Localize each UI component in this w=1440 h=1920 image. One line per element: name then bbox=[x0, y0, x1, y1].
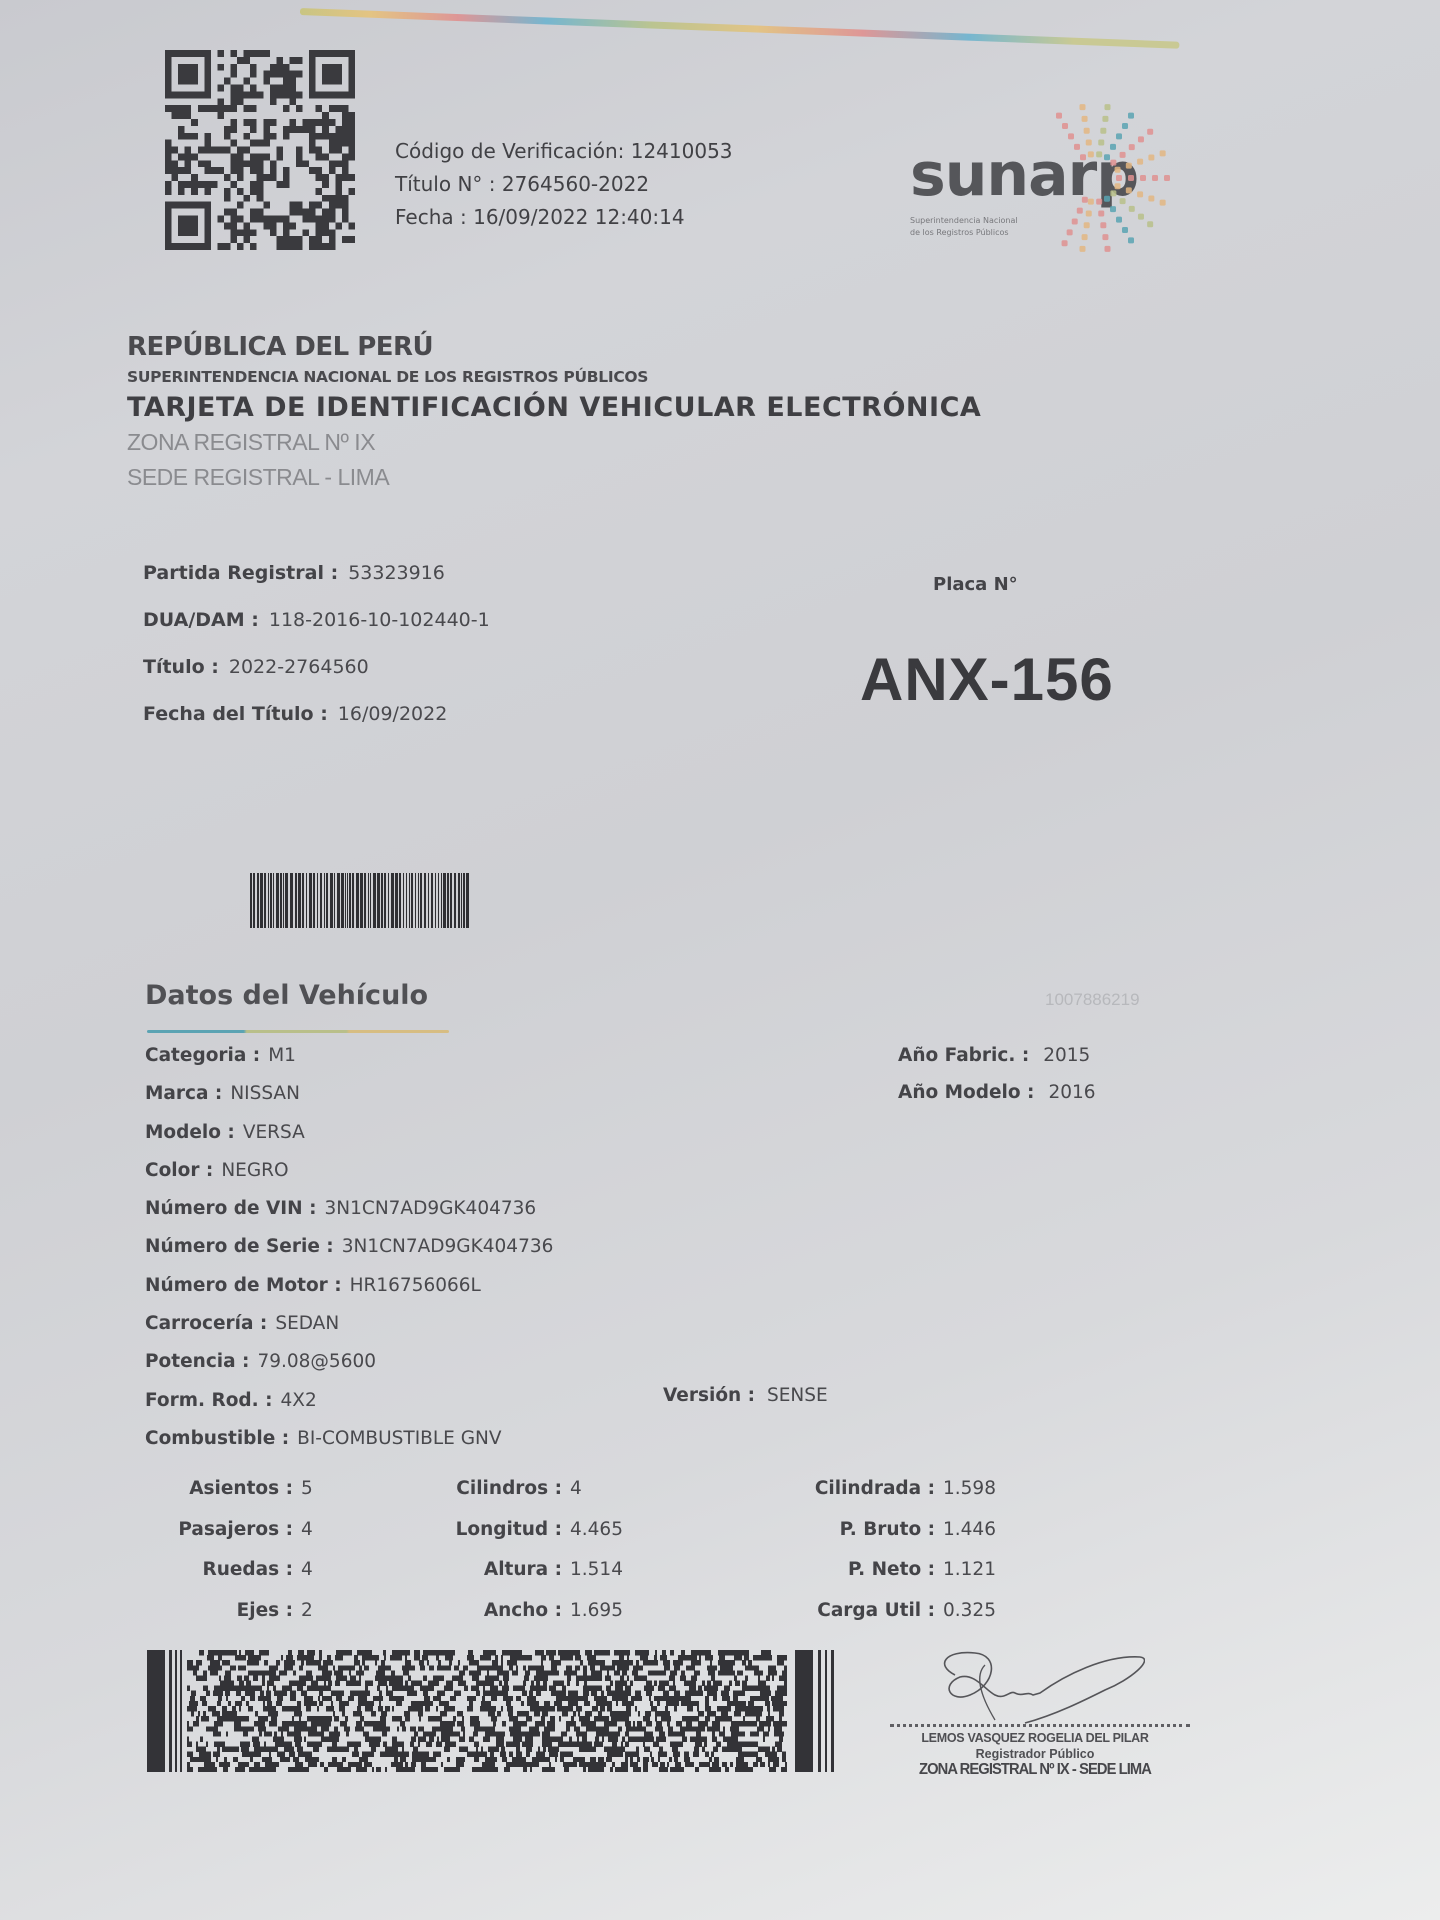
vehicle-year-label: Año Modelo : bbox=[898, 1082, 1034, 1103]
vehicle-years: Año Fabric. :2015Año Modelo :2016 bbox=[898, 1045, 1096, 1119]
vehicle-field-row: Color :NEGRO bbox=[145, 1160, 553, 1198]
vehicle-field-label: Modelo : bbox=[145, 1122, 235, 1143]
registration-field-value: 16/09/2022 bbox=[338, 703, 448, 725]
plate-label: Placa N° bbox=[933, 574, 1018, 595]
registration-field-row: Título :2022-2764560 bbox=[143, 656, 490, 703]
spec-row: Longitud :4.465 bbox=[420, 1519, 623, 1560]
spec-label: Ruedas : bbox=[133, 1559, 293, 1580]
spec-label: Carga Util : bbox=[780, 1600, 935, 1621]
vehicle-field-label: Número de VIN : bbox=[145, 1198, 317, 1219]
specs-column-2: Cilindros :4Longitud :4.465Altura :1.514… bbox=[420, 1478, 623, 1640]
linear-barcode bbox=[250, 873, 470, 928]
title-number-row: Título N° : 2764560-2022 bbox=[395, 168, 733, 201]
vehicle-year-row: Año Modelo :2016 bbox=[898, 1082, 1096, 1119]
registration-field-value: 2022-2764560 bbox=[229, 656, 369, 678]
spec-row: Ruedas :4 bbox=[133, 1559, 313, 1600]
agency-name: SUPERINTENDENCIA NACIONAL DE LOS REGISTR… bbox=[127, 368, 981, 386]
spec-value: 0.325 bbox=[943, 1600, 996, 1621]
vehicle-field-row: Categoria :M1 bbox=[145, 1045, 553, 1083]
vehicle-field-label: Combustible : bbox=[145, 1428, 289, 1449]
spec-row: P. Bruto :1.446 bbox=[780, 1519, 996, 1560]
vehicle-field-row: Modelo :VERSA bbox=[145, 1122, 553, 1160]
verification-info: Código de Verificación: 12410053 Título … bbox=[395, 135, 733, 234]
vehicle-field-label: Carrocería : bbox=[145, 1313, 267, 1334]
specs-column-3: Cilindrada :1.598P. Bruto :1.446P. Neto … bbox=[780, 1478, 996, 1640]
issue-date-row: Fecha : 16/09/2022 12:40:14 bbox=[395, 201, 733, 234]
version-label: Versión : bbox=[663, 1385, 755, 1406]
version-value: SENSE bbox=[767, 1385, 828, 1406]
spec-label: Ejes : bbox=[133, 1600, 293, 1621]
vehicle-field-value: 3N1CN7AD9GK404736 bbox=[342, 1236, 554, 1257]
verification-code-row: Código de Verificación: 12410053 bbox=[395, 135, 733, 168]
verification-code-value: 12410053 bbox=[631, 139, 733, 163]
section-underline bbox=[147, 1030, 449, 1033]
registration-field-label: Fecha del Título : bbox=[143, 703, 328, 725]
vehicle-field-label: Número de Serie : bbox=[145, 1236, 334, 1257]
vehicle-field-row: Form. Rod. :4X2 bbox=[145, 1390, 553, 1428]
vehicle-field-value: 79.08@5600 bbox=[257, 1351, 376, 1372]
document-id: 1007886219 bbox=[1045, 990, 1140, 1010]
specs-column-1: Asientos :5Pasajeros :4Ruedas :4Ejes :2 bbox=[133, 1478, 313, 1640]
logo-burst-icon bbox=[1055, 90, 1195, 260]
spec-value: 1.446 bbox=[943, 1519, 996, 1540]
registration-field-row: Fecha del Título :16/09/2022 bbox=[143, 703, 490, 750]
spec-value: 4 bbox=[301, 1519, 313, 1540]
vehicle-field-value: BI-COMBUSTIBLE GNV bbox=[297, 1428, 501, 1449]
spec-value: 4.465 bbox=[570, 1519, 623, 1540]
registrar-role: Registrador Público bbox=[885, 1747, 1185, 1761]
vehicle-field-value: NEGRO bbox=[221, 1160, 288, 1181]
vehicle-field-value: VERSA bbox=[243, 1122, 305, 1143]
vehicle-field-label: Categoria : bbox=[145, 1045, 260, 1066]
spec-row: Ejes :2 bbox=[133, 1600, 313, 1641]
registrar-zone: ZONA REGISTRAL Nº IX - SEDE LIMA bbox=[897, 1761, 1173, 1779]
registrar-name: LEMOS VASQUEZ ROGELIA DEL PILAR bbox=[885, 1731, 1185, 1745]
registration-field-value: 118-2016-10-102440-1 bbox=[269, 609, 490, 631]
vehicle-year-value: 2015 bbox=[1043, 1045, 1090, 1066]
registration-field-label: Partida Registral : bbox=[143, 562, 338, 584]
vehicle-field-row: Combustible :BI-COMBUSTIBLE GNV bbox=[145, 1428, 553, 1466]
spec-row: Cilindrada :1.598 bbox=[780, 1478, 996, 1519]
spec-label: P. Bruto : bbox=[780, 1519, 935, 1540]
issue-date-value: 16/09/2022 12:40:14 bbox=[473, 205, 684, 229]
qr-code bbox=[165, 50, 355, 250]
spec-value: 4 bbox=[301, 1559, 313, 1580]
spec-value: 1.695 bbox=[570, 1600, 623, 1621]
registration-field-row: DUA/DAM :118-2016-10-102440-1 bbox=[143, 609, 490, 656]
spec-label: Altura : bbox=[420, 1559, 562, 1580]
vehicle-field-row: Número de Serie :3N1CN7AD9GK404736 bbox=[145, 1236, 553, 1274]
vehicle-field-row: Carrocería :SEDAN bbox=[145, 1313, 553, 1351]
vehicle-field-label: Número de Motor : bbox=[145, 1275, 342, 1296]
spec-label: Ancho : bbox=[420, 1600, 562, 1621]
vehicle-section-title: Datos del Vehículo bbox=[145, 980, 428, 1011]
vehicle-field-label: Marca : bbox=[145, 1083, 222, 1104]
logo-subtitle-line1: Superintendencia Nacional bbox=[910, 215, 1060, 227]
vehicle-field-label: Form. Rod. : bbox=[145, 1390, 273, 1411]
spec-row: Asientos :5 bbox=[133, 1478, 313, 1519]
spec-label: Cilindros : bbox=[420, 1478, 562, 1499]
spec-value: 5 bbox=[301, 1478, 313, 1499]
version-row: Versión : SENSE bbox=[663, 1385, 828, 1406]
spec-label: Pasajeros : bbox=[133, 1519, 293, 1540]
document-title: TARJETA DE IDENTIFICACIÓN VEHICULAR ELEC… bbox=[127, 392, 981, 423]
document-heading: REPÚBLICA DEL PERÚ SUPERINTENDENCIA NACI… bbox=[127, 332, 981, 491]
vehicle-details: Categoria :M1Marca :NISSANModelo :VERSAC… bbox=[145, 1045, 553, 1466]
title-number-label: Título N° : bbox=[395, 172, 496, 196]
spec-row: P. Neto :1.121 bbox=[780, 1559, 996, 1600]
spec-value: 4 bbox=[570, 1478, 582, 1499]
registration-field-label: Título : bbox=[143, 656, 219, 678]
spec-row: Cilindros :4 bbox=[420, 1478, 623, 1519]
spec-row: Ancho :1.695 bbox=[420, 1600, 623, 1641]
spec-label: Longitud : bbox=[420, 1519, 562, 1540]
registry-zone: ZONA REGISTRAL Nº IX bbox=[127, 429, 981, 456]
vehicle-field-value: M1 bbox=[268, 1045, 296, 1066]
registrar-signature-block: LEMOS VASQUEZ ROGELIA DEL PILAR Registra… bbox=[885, 1645, 1195, 1795]
vehicle-field-value: 3N1CN7AD9GK404736 bbox=[325, 1198, 537, 1219]
vehicle-field-row: Marca :NISSAN bbox=[145, 1083, 553, 1121]
registry-office: SEDE REGISTRAL - LIMA bbox=[127, 464, 981, 491]
logo-subtitle-line2: de los Registros Públicos bbox=[910, 227, 1060, 239]
vehicle-year-label: Año Fabric. : bbox=[898, 1045, 1029, 1066]
country-name: REPÚBLICA DEL PERÚ bbox=[127, 332, 981, 362]
logo-subtitle: Superintendencia Nacional de los Registr… bbox=[910, 215, 1060, 239]
vehicle-field-value: SEDAN bbox=[275, 1313, 339, 1334]
brand-color-stripe bbox=[300, 8, 1180, 49]
spec-label: Asientos : bbox=[133, 1478, 293, 1499]
pdf417-barcode bbox=[147, 1650, 837, 1772]
signature-line bbox=[890, 1724, 1190, 1727]
title-number-value: 2764560-2022 bbox=[502, 172, 649, 196]
verification-code-label: Código de Verificación: bbox=[395, 139, 624, 163]
vehicle-field-value: HR16756066L bbox=[350, 1275, 481, 1296]
spec-row: Pasajeros :4 bbox=[133, 1519, 313, 1560]
spec-value: 2 bbox=[301, 1600, 313, 1621]
vehicle-year-value: 2016 bbox=[1048, 1082, 1095, 1103]
registration-details: Partida Registral :53323916DUA/DAM :118-… bbox=[143, 562, 490, 750]
spec-row: Carga Util :0.325 bbox=[780, 1600, 996, 1641]
registration-field-label: DUA/DAM : bbox=[143, 609, 259, 631]
sunarp-logo: sunarp Superintendencia Nacional de los … bbox=[905, 90, 1195, 270]
vehicle-field-label: Color : bbox=[145, 1160, 213, 1181]
vehicle-field-row: Potencia :79.08@5600 bbox=[145, 1351, 553, 1389]
spec-value: 1.514 bbox=[570, 1559, 623, 1580]
issue-date-label: Fecha : bbox=[395, 205, 467, 229]
vehicle-field-value: 4X2 bbox=[281, 1390, 317, 1411]
registration-field-row: Partida Registral :53323916 bbox=[143, 562, 490, 609]
vehicle-year-row: Año Fabric. :2015 bbox=[898, 1045, 1096, 1082]
vehicle-field-row: Número de Motor :HR16756066L bbox=[145, 1275, 553, 1313]
vehicle-field-row: Número de VIN :3N1CN7AD9GK404736 bbox=[145, 1198, 553, 1236]
registration-field-value: 53323916 bbox=[348, 562, 445, 584]
spec-label: Cilindrada : bbox=[780, 1478, 935, 1499]
spec-label: P. Neto : bbox=[780, 1559, 935, 1580]
signature-scribble bbox=[915, 1645, 1145, 1725]
vehicle-field-value: NISSAN bbox=[230, 1083, 300, 1104]
spec-value: 1.121 bbox=[943, 1559, 996, 1580]
vehicle-field-label: Potencia : bbox=[145, 1351, 249, 1372]
plate-number: ANX-156 bbox=[860, 645, 1114, 714]
spec-value: 1.598 bbox=[943, 1478, 996, 1499]
spec-row: Altura :1.514 bbox=[420, 1559, 623, 1600]
